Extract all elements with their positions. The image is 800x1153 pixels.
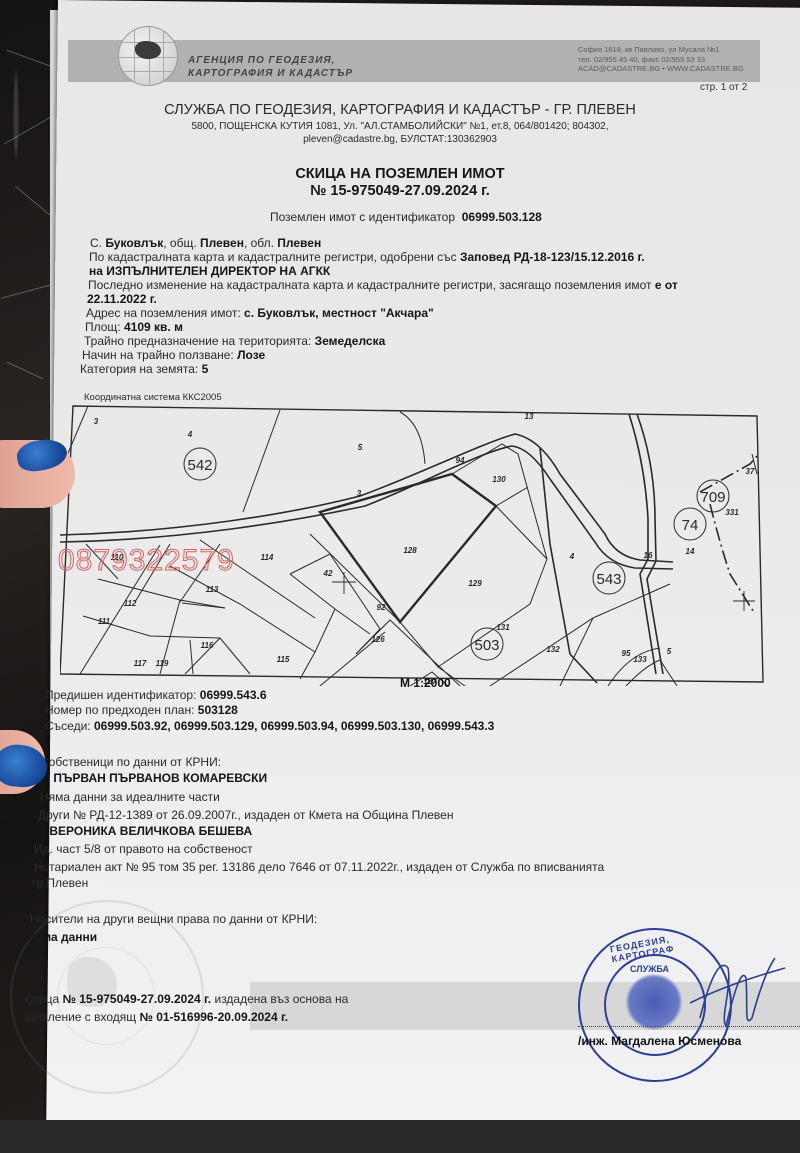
owner-1-name: 1. ПЪРВАН ПЪРВАНОВ КОМАРЕВСКИ (40, 771, 267, 786)
usage-value: Лозе (237, 348, 265, 362)
approval-order: Заповед РД-18-123/15.12.2016 г. (460, 250, 645, 264)
area-line: Площ: 4109 кв. м (85, 320, 183, 335)
approval-text: По кадастралната карта и кадастралните р… (89, 250, 457, 264)
svg-text:94: 94 (456, 456, 465, 465)
identifier-line: Поземлен имот с идентификатор 06999.503.… (270, 210, 542, 225)
svg-text:13: 13 (525, 412, 534, 421)
address-line: Адрес на поземления имот: с. Буковлък, м… (86, 306, 434, 321)
document-title: СКИЦА НА ПОЗЕМЛЕН ИМОТ (120, 166, 680, 182)
circled-label-543: 543 (596, 571, 621, 588)
coordinate-system: Координатна система ККС2005 (84, 392, 222, 403)
contact-email-web: ACAD@CADASTRE.BG • WWW.CADASTRE.BG (578, 64, 744, 74)
svg-text:42: 42 (323, 569, 333, 578)
circled-label-542: 542 (187, 457, 212, 474)
issued-number: № 15-975049-27.09.2024 г. (63, 992, 212, 1006)
neighbors-label: Съседи: (45, 719, 91, 733)
neighbors-value: 06999.503.92, 06999.503.129, 06999.503.9… (94, 719, 494, 733)
address-label: Адрес на поземления имот: (86, 306, 241, 320)
svg-text:331: 331 (725, 508, 739, 517)
region-prefix: , обл. (244, 236, 274, 250)
page-number: стр. 1 от 2 (700, 82, 747, 93)
circled-label-74: 74 (682, 517, 699, 534)
phone-watermark: 0879322579 (58, 544, 235, 578)
category-line: Категория на земята: 5 (80, 362, 208, 377)
stamp-center-text: СЛУЖБА (630, 964, 669, 974)
svg-text:5: 5 (667, 647, 672, 656)
agency-name: Агенция по геодезия, картография и кадас… (188, 54, 353, 80)
svg-text:92: 92 (377, 603, 386, 612)
last-change-line: Последно изменение на кадастралната карт… (88, 278, 678, 293)
svg-text:132: 132 (546, 645, 560, 654)
circled-label-503: 503 (474, 637, 499, 654)
village-prefix: С. (90, 236, 102, 250)
usage-line: Начин на трайно ползване: Лозе (82, 348, 265, 363)
office-title: СЛУЖБА ПО ГЕОДЕЗИЯ, КАРТОГРАФИЯ И КАДАСТ… (120, 102, 680, 118)
previous-id-value: 06999.543.6 (200, 688, 267, 702)
owner-2-doc: Нотариален акт № 95 том 35 рег. 13186 де… (34, 860, 604, 875)
region: Плевен (277, 236, 321, 250)
svg-text:117: 117 (134, 659, 147, 668)
svg-text:114: 114 (261, 553, 274, 562)
owners-heading: Собственици по данни от КРНИ: (40, 755, 221, 770)
svg-text:129: 129 (468, 579, 482, 588)
svg-text:95: 95 (622, 649, 631, 658)
agency-contact: София 1618, кв Павлово, ул Мусала №1 тел… (578, 45, 744, 74)
svg-text:14: 14 (686, 547, 695, 556)
issued-prefix: Скица (25, 992, 59, 1006)
office-address: 5800, ПОЩЕНСКА КУТИЯ 1081, Ул. "АЛ.СТАМБ… (120, 121, 680, 132)
map-scale: М 1:2000 (400, 676, 451, 690)
owner-2-doc-cont: гр.Плевен (32, 876, 88, 891)
svg-text:130: 130 (492, 475, 506, 484)
svg-text:37: 37 (746, 467, 755, 476)
location-line: С. Буковлък, общ. Плевен, обл. Плевен (90, 236, 321, 251)
svg-text:126: 126 (371, 635, 385, 644)
area-label: Площ: (85, 320, 121, 334)
issued-line: Скица № 15-975049-27.09.2024 г. издадена… (25, 992, 348, 1007)
purpose-label: Трайно предназначение на територията: (84, 334, 311, 348)
last-change-text: Последно изменение на кадастралната карт… (88, 278, 651, 292)
svg-text:116: 116 (201, 641, 214, 650)
approval-by: на ИЗПЪЛНИТЕЛЕН ДИРЕКТОР НА АГКК (89, 264, 330, 279)
previous-plan-line: Номер по предходен план: 503128 (45, 703, 238, 718)
signature (680, 948, 790, 1038)
identifier-label: Поземлен имот с идентификатор (270, 210, 455, 224)
previous-id-label: Предишен идентификатор: (45, 688, 196, 702)
svg-text:112: 112 (124, 599, 137, 608)
previous-plan-label: Номер по предходен план: (45, 703, 194, 717)
signer-name: /инж. Магдалена Юсменова (578, 1034, 741, 1048)
agency-logo-globe-icon (118, 26, 178, 86)
owner-2-share: Ид. част 5/8 от правото на собственост (34, 842, 253, 857)
circled-label-709: 709 (700, 489, 725, 506)
address-value: с. Буковлък, местност "Акчара" (244, 306, 434, 320)
svg-text:16: 16 (644, 551, 653, 560)
svg-text:111: 111 (98, 617, 111, 626)
document-number: № 15-975049-27.09.2024 г. (120, 183, 680, 199)
category-label: Категория на земята: (80, 362, 198, 376)
agency-name-line1: Агенция по геодезия, (188, 54, 353, 67)
svg-text:133: 133 (633, 655, 647, 664)
table-edge (0, 1120, 800, 1153)
usage-label: Начин на трайно ползване: (82, 348, 234, 362)
previous-id-line: Предишен идентификатор: 06999.543.6 (45, 688, 267, 703)
svg-text:4: 4 (569, 552, 575, 561)
svg-text:131: 131 (496, 623, 510, 632)
svg-text:119: 119 (156, 659, 169, 668)
svg-text:115: 115 (277, 655, 290, 664)
contact-address: София 1618, кв Павлово, ул Мусала №1 (578, 45, 744, 55)
agency-name-line2: картография и кадастър (188, 67, 353, 80)
last-change-date: 22.11.2022 г. (87, 292, 157, 307)
office-contact: pleven@cadastre.bg, БУЛСТАТ:130362903 (120, 134, 680, 145)
svg-text:3: 3 (94, 417, 99, 426)
issued-suffix: издадена въз основа на (214, 992, 348, 1006)
purpose-line: Трайно предназначение на територията: Зе… (84, 334, 385, 349)
svg-text:5: 5 (358, 443, 363, 452)
last-change-suffix: е от (655, 278, 678, 292)
bulgaria-map-icon (135, 41, 161, 59)
request-number: № 01-516996-20.09.2024 г. (140, 1010, 289, 1024)
request-line: заявление с входящ № 01-516996-20.09.202… (23, 1010, 288, 1025)
other-rights-heading: Носители на други вещни права по данни о… (30, 912, 317, 927)
svg-text:3: 3 (357, 489, 362, 498)
other-rights-value: няма данни (28, 930, 97, 945)
owner-2-name: 2. ВЕРОНИКА ВЕЛИЧКОВА БЕШЕВА (36, 824, 252, 839)
owner-1-doc: Други № РД-12-1389 от 26.09.2007г., изда… (38, 808, 453, 823)
request-prefix: заявление с входящ (23, 1010, 136, 1024)
village: Буковлък (105, 236, 163, 250)
approval-line: По кадастралната карта и кадастралните р… (89, 250, 645, 265)
purpose-value: Земеделска (315, 334, 386, 348)
category-value: 5 (202, 362, 209, 376)
neighbors-line: Съседи: 06999.503.92, 06999.503.129, 069… (45, 719, 494, 734)
stamp-globe-icon (624, 974, 684, 1030)
area-value: 4109 кв. м (124, 320, 183, 334)
previous-plan-value: 503128 (198, 703, 238, 717)
municipality: Плевен (200, 236, 244, 250)
municipality-prefix: , общ. (163, 236, 196, 250)
owner-1-share: Няма данни за идеалните части (40, 790, 220, 805)
svg-text:4: 4 (187, 430, 193, 439)
svg-text:113: 113 (206, 585, 219, 594)
svg-text:128: 128 (403, 546, 417, 555)
contact-phone: тел. 02/955 45 40, факс 02/955 53 33 (578, 55, 744, 65)
identifier-value: 06999.503.128 (462, 210, 542, 224)
